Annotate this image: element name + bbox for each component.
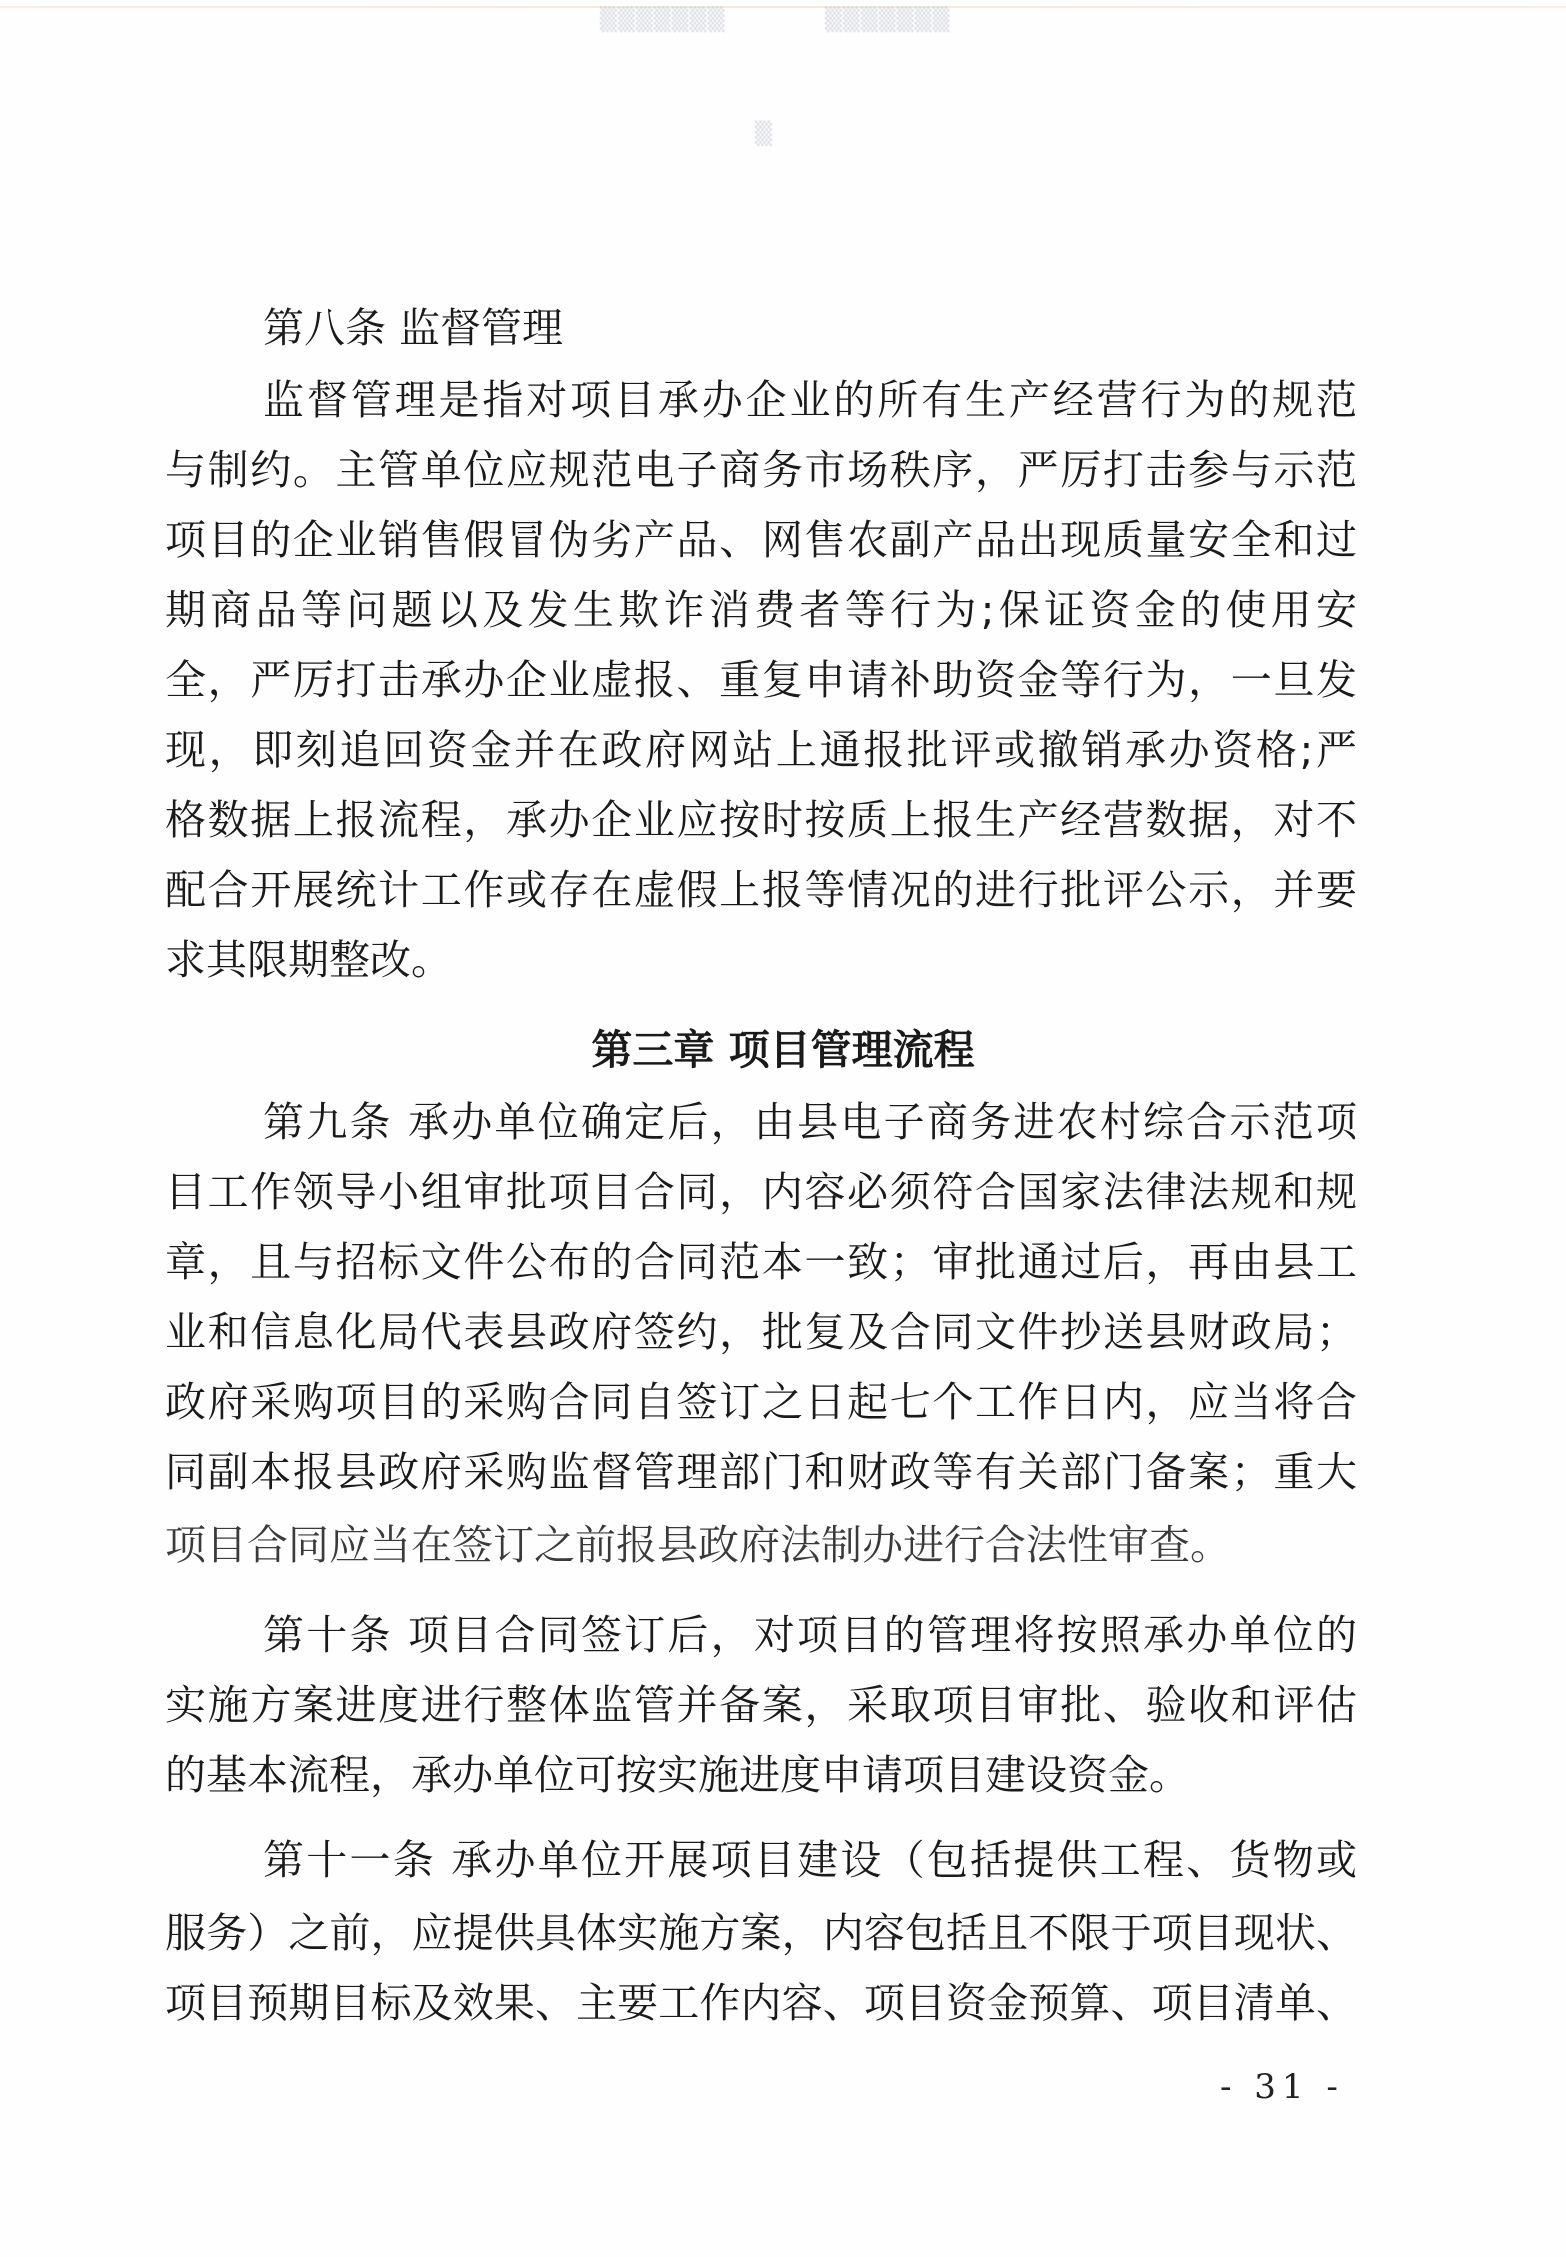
paragraph-line: 的基本流程，承办单位可按实施进度申请项目建设资金。 [165, 1745, 1357, 1805]
paragraph-line: 与制约。主管单位应规范电子商务市场秩序，严厉打击参与示范 [165, 440, 1357, 500]
paragraph-line: 格数据上报流程，承办企业应按时按质上报生产经营数据，对不 [165, 790, 1357, 850]
article-heading: 第八条 监督管理 [263, 298, 1357, 358]
bleed-through-mark: ▒▒▒▒▒▒▒ [825, 8, 950, 33]
bleed-through-mark: ▒ [755, 122, 773, 147]
paragraph-line: 目工作领导小组审批项目合同，内容必须符合国家法律法规和规 [165, 1162, 1357, 1222]
bleed-through-mark: ▒▒▒▒▒▒▒ [600, 8, 725, 33]
paragraph-line: 第十条 项目合同签订后，对项目的管理将按照承办单位的 [263, 1605, 1357, 1665]
document-page: ▒▒▒▒▒▒▒ ▒▒▒▒▒▒▒ ▒ 第八条 监督管理 监督管理是指对项目承办企业… [0, 0, 1566, 2257]
paragraph-line: 项目的企业销售假冒伪劣产品、网售农副产品出现质量安全和过 [165, 510, 1357, 570]
scan-edge-line [0, 6, 1566, 8]
paragraph-line: 政府采购项目的采购合同自签订之日起七个工作日内，应当将合 [165, 1372, 1357, 1432]
page-number: - 31 - [1220, 2062, 1344, 2112]
chapter-title: 第三章 项目管理流程 [0, 1020, 1566, 1080]
paragraph-line: 项目预期目标及效果、主要工作内容、项目资金预算、项目清单、 [165, 1973, 1357, 2033]
paragraph-line: 实施方案进度进行整体监管并备案，采取项目审批、验收和评估 [165, 1675, 1357, 1735]
paragraph-line: 章，且与招标文件公布的合同范本一致；审批通过后，再由县工 [165, 1232, 1357, 1292]
paragraph-line: 第十一条 承办单位开展项目建设（包括提供工程、货物或 [263, 1830, 1357, 1890]
paragraph-line: 期商品等问题以及发生欺诈消费者等行为;保证资金的使用安 [165, 580, 1357, 640]
paragraph-line: 监督管理是指对项目承办企业的所有生产经营行为的规范 [263, 370, 1357, 430]
paragraph-line: 配合开展统计工作或存在虚假上报等情况的进行批评公示，并要 [165, 860, 1357, 920]
paragraph-line: 求其限期整改。 [165, 930, 1357, 990]
paragraph-line: 业和信息化局代表县政府签约，批复及合同文件抄送县财政局； [165, 1302, 1357, 1362]
paragraph-line: 现，即刻追回资金并在政府网站上通报批评或撤销承办资格;严 [165, 720, 1357, 780]
paragraph-line: 服务）之前，应提供具体实施方案，内容包括且不限于项目现状、 [165, 1903, 1357, 1963]
paragraph-line: 项目合同应当在签订之前报县政府法制办进行合法性审查。 [165, 1515, 1357, 1575]
paragraph-line: 全，严厉打击承办企业虚报、重复申请补助资金等行为，一旦发 [165, 650, 1357, 710]
paragraph-line: 第九条 承办单位确定后，由县电子商务进农村综合示范项 [263, 1092, 1357, 1152]
paragraph-line: 同副本报县政府采购监督管理部门和财政等有关部门备案；重大 [165, 1442, 1357, 1502]
